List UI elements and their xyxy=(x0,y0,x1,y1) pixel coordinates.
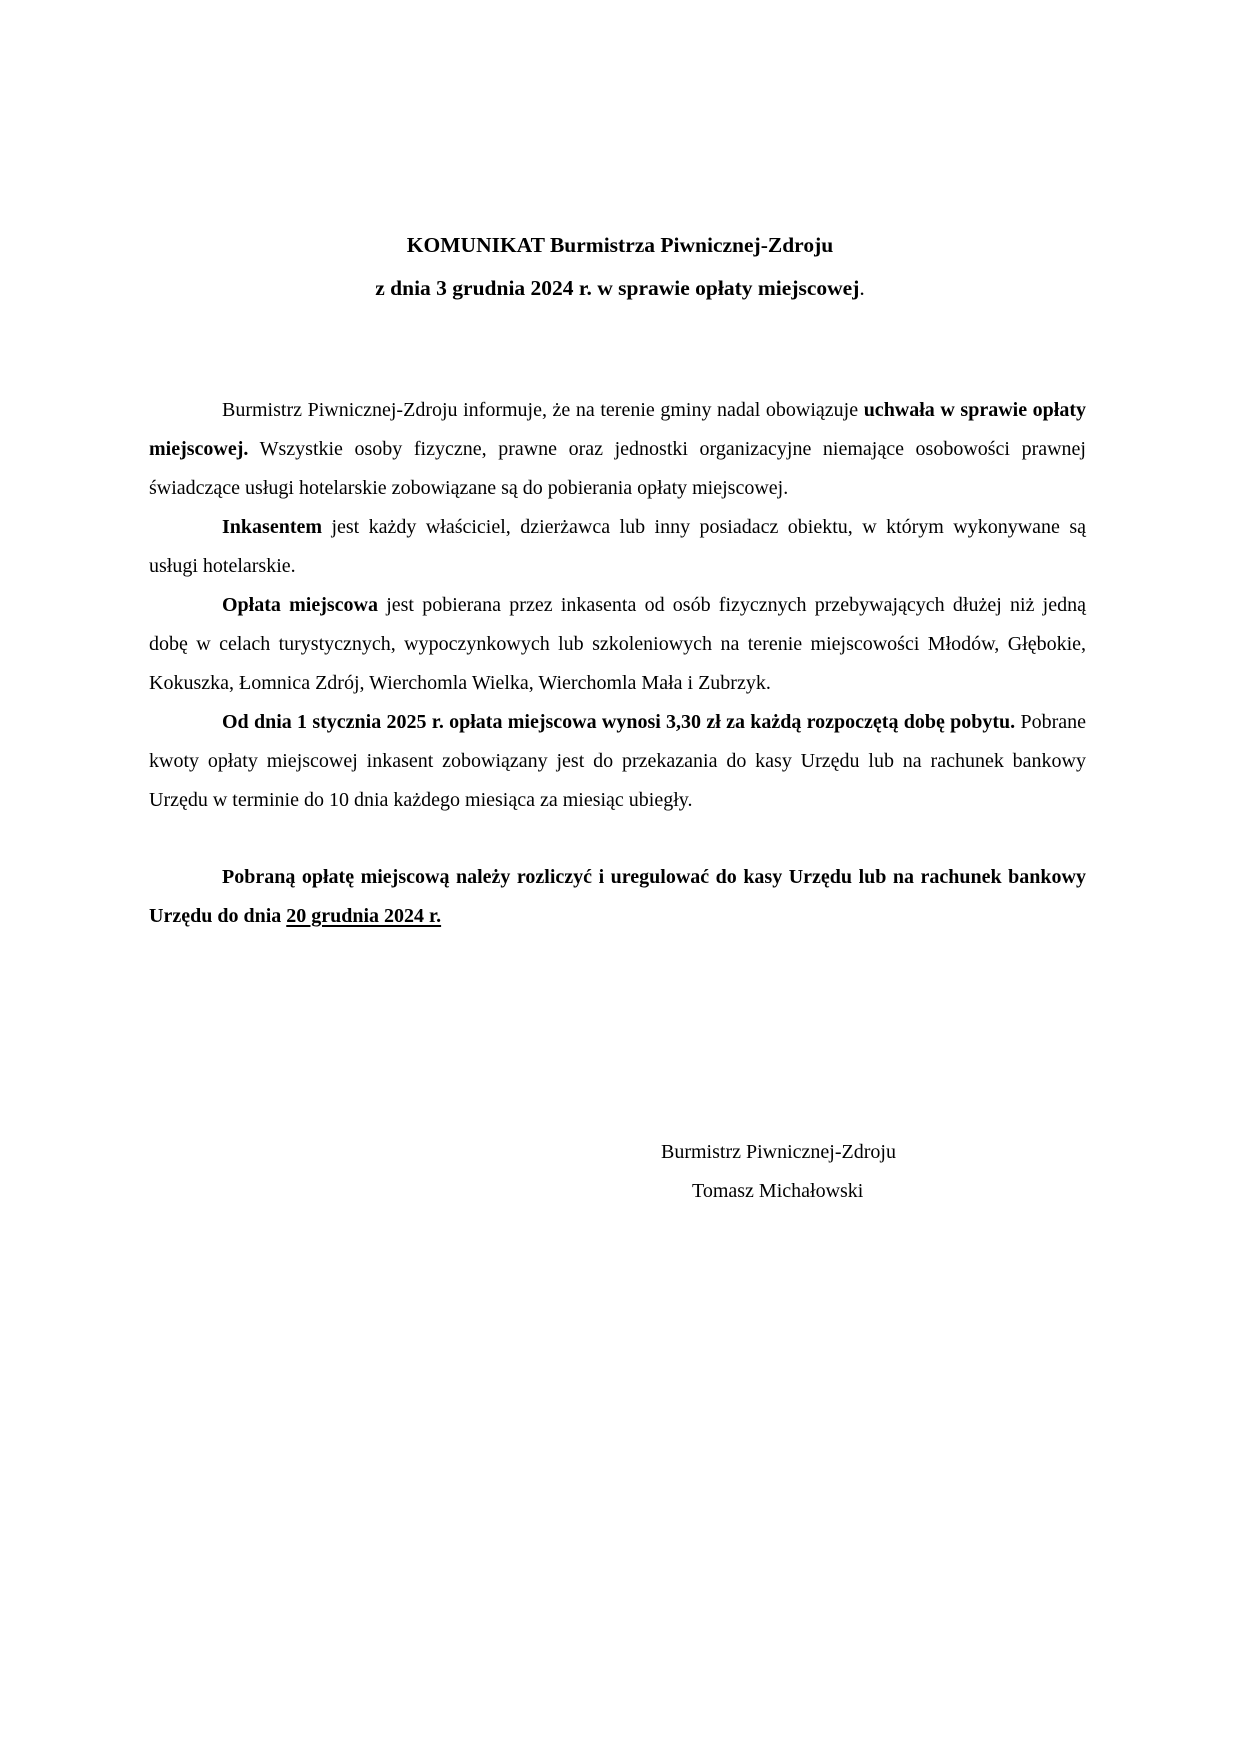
paragraph-collector: Inkasentem jest każdy właściciel, dzierż… xyxy=(149,508,1086,586)
signature-name: Tomasz Michałowski xyxy=(692,1172,863,1211)
paragraph-fee-amount: Od dnia 1 stycznia 2025 r. opłata miejsc… xyxy=(149,703,1086,820)
deadline-date: 20 grudnia 2024 r. xyxy=(286,905,441,927)
document-body: Burmistrz Piwnicznej-Zdroju informuje, ż… xyxy=(149,391,1086,936)
signature-role: Burmistrz Piwnicznej-Zdroju xyxy=(661,1133,896,1172)
document-subtitle: z dnia 3 grudnia 2024 r. w sprawie opłat… xyxy=(0,266,1240,310)
paragraph-bold: Od dnia 1 stycznia 2025 r. opłata miejsc… xyxy=(222,711,1015,733)
paragraph-text: Wszystkie osoby fizyczne, prawne oraz je… xyxy=(149,438,1086,499)
paragraph-resolution: Burmistrz Piwnicznej-Zdroju informuje, ż… xyxy=(149,391,1086,508)
title-line-2-period: . xyxy=(859,276,864,300)
paragraph-text: Burmistrz Piwnicznej-Zdroju informuje, ż… xyxy=(222,399,864,421)
title-line-1: KOMUNIKAT Burmistrza Piwnicznej-Zdroju xyxy=(407,233,833,257)
document-title: KOMUNIKAT Burmistrza Piwnicznej-Zdroju xyxy=(0,223,1240,267)
paragraph-bold: Opłata miejscowa xyxy=(222,594,378,616)
paragraph-deadline: Pobraną opłatę miejscową należy rozliczy… xyxy=(149,858,1086,936)
paragraph-fee-scope: Opłata miejscowa jest pobierana przez in… xyxy=(149,586,1086,703)
paragraph-spacer xyxy=(149,820,1086,858)
title-line-2: z dnia 3 grudnia 2024 r. w sprawie opłat… xyxy=(375,276,859,300)
paragraph-bold: Inkasentem xyxy=(222,516,322,538)
